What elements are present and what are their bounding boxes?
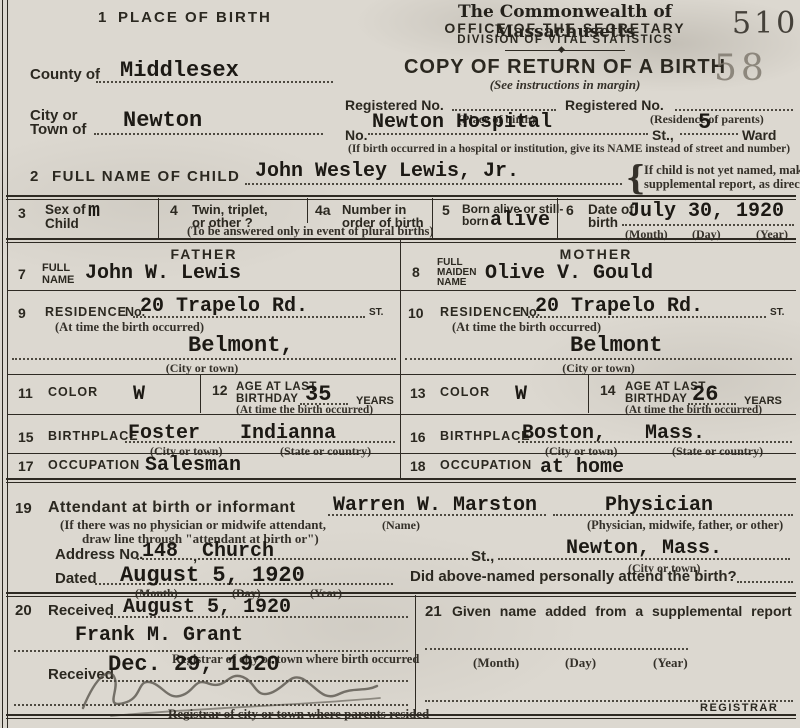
attendant-name-value: Warren W. Marston	[333, 494, 537, 517]
attendant-title-caption: (Physician, midwife, father, or other)	[587, 518, 783, 533]
bottom-border-rule	[6, 714, 796, 719]
father-color-label: COLOR	[48, 385, 98, 399]
mother-residence-label: RESIDENCE	[440, 305, 522, 319]
supplemental-label: Given name added from a supplemental rep…	[452, 603, 792, 619]
field10-number: 10	[408, 305, 424, 321]
supplemental-date-line	[425, 648, 688, 650]
father-residence-label: RESIDENCE	[45, 305, 127, 319]
field7-number: 7	[18, 266, 26, 282]
field8-number: 8	[412, 264, 420, 280]
rule-below-age	[8, 414, 796, 415]
attendant-note-line2: draw line through "attendant at birth or…	[82, 531, 319, 547]
field12-number: 12	[212, 382, 228, 398]
child-name-value: John Wesley Lewis, Jr.	[255, 160, 519, 183]
header-divider-ornament	[505, 50, 625, 51]
field18-number: 18	[410, 458, 426, 474]
field4a-number: 4a	[315, 202, 331, 218]
sex-value: m	[88, 200, 100, 223]
hospital-value: Newton Hospital	[372, 111, 552, 134]
dated-label: Dated	[55, 570, 97, 587]
child-name-line	[245, 183, 622, 185]
rule-below-names	[8, 290, 796, 291]
field3-number: 3	[18, 205, 26, 221]
header-divider-diamond: ◆	[558, 44, 565, 55]
mother-birthplace-state-caption: (State or country)	[672, 444, 763, 459]
father-color-value: W	[133, 383, 145, 406]
divider-sex-twin	[158, 198, 159, 238]
received-value: August 5, 1920	[123, 596, 291, 619]
child-note-line2: supplemental report, as directed	[644, 177, 800, 192]
mother-residence-city-value: Belmont	[570, 333, 662, 358]
birth-certificate-document: 1 PLACE OF BIRTH The Commonwealth of Mas…	[0, 0, 800, 728]
ward-value: 5	[698, 110, 711, 135]
father-city-line	[12, 358, 396, 360]
address-st-label: St.,	[471, 548, 494, 565]
mother-occupation-label: OCCUPATION	[440, 458, 532, 472]
address-label: Address No.	[55, 546, 143, 563]
separator-above-attendant	[6, 478, 796, 483]
ward-label: Ward	[742, 127, 776, 143]
field17-number: 17	[18, 458, 34, 474]
faint-number-stamp: 58	[714, 48, 768, 89]
registrar-name-value: Frank M. Grant	[75, 624, 243, 647]
city-line	[94, 133, 323, 135]
father-residence-caption: (At time the birth occurred)	[55, 320, 204, 335]
division-line: DIVISION OF VITAL STATISTICS	[395, 34, 735, 46]
street-no-label: No.	[345, 127, 368, 143]
sex-label-line1: Sex of	[45, 202, 86, 217]
divider-order-alive	[432, 198, 433, 238]
field20-number: 20	[15, 602, 32, 619]
field11-number: 11	[18, 385, 33, 401]
dated-value: August 5, 1920	[120, 563, 305, 588]
mother-name-label-line3: NAME	[437, 277, 466, 288]
supplemental-year-caption: (Year)	[653, 655, 688, 671]
city-label-line2: Town of	[30, 121, 86, 138]
field21-number: 21	[425, 603, 442, 620]
field9-number: 9	[18, 305, 26, 321]
registered-no-residence-line	[675, 109, 793, 111]
mother-birthplace-label: BIRTHPLACE	[440, 429, 531, 443]
left-edge-rule-outer	[2, 0, 3, 728]
attend-question-line	[737, 581, 793, 583]
hospital-caption: (If birth occurred in a hospital or inst…	[348, 143, 790, 155]
father-name-label-line2: NAME	[42, 274, 74, 286]
separator-above-parents	[6, 238, 796, 243]
father-birthplace-state-value: Indianna	[240, 422, 336, 445]
mother-occupation-value: at home	[540, 456, 624, 479]
attendant-title-value: Physician	[605, 494, 713, 517]
alive-value: alive	[490, 209, 550, 232]
birth-date-line	[622, 224, 794, 226]
st-label: St.,	[652, 127, 674, 143]
mother-color-label: COLOR	[440, 385, 490, 399]
supplemental-month-caption: (Month)	[473, 655, 519, 671]
mother-color-value: W	[515, 383, 527, 406]
alive-label-line2: born	[462, 214, 489, 228]
address-no-value: 148	[142, 540, 178, 563]
mother-name-value: Olive V. Gould	[485, 262, 653, 285]
field4-number: 4	[170, 202, 178, 218]
father-birthplace-state-caption: (State or country)	[280, 444, 371, 459]
rule-below-residences	[8, 374, 796, 375]
father-occupation-label: OCCUPATION	[48, 458, 140, 472]
child-note-line1: If child is not yet named, make	[644, 163, 800, 178]
child-note-brace: {	[626, 159, 645, 198]
father-residence-city-value: Belmont,	[188, 333, 294, 358]
divider-color-age-father	[200, 375, 201, 413]
field5-number: 5	[442, 202, 450, 218]
parents-center-divider	[400, 240, 401, 478]
father-occupation-value: Salesman	[145, 454, 241, 477]
supplemental-day-caption: (Day)	[565, 655, 596, 671]
attendant-name-caption: (Name)	[382, 518, 420, 533]
county-value: Middlesex	[120, 58, 239, 83]
birth-date-value: July 30, 1920	[628, 200, 784, 223]
date-label-line2: birth	[588, 215, 618, 230]
plural-caption: (To be answered only in event of plural …	[187, 224, 434, 239]
mother-residence-st-label: ST.	[770, 307, 784, 318]
father-residence-value: 20 Trapelo Rd.	[140, 295, 308, 318]
address-city-value: Newton, Mass.	[566, 537, 722, 560]
mother-city-line	[405, 358, 792, 360]
field6-number: 6	[566, 202, 574, 218]
attend-question: Did above-named personally attend the bi…	[410, 568, 737, 585]
field1-number: 1	[98, 9, 106, 26]
father-residence-st-label: ST.	[369, 307, 383, 318]
divider-color-age-mother	[588, 375, 589, 413]
field14-number: 14	[600, 382, 616, 398]
field13-number: 13	[410, 385, 426, 401]
child-name-label: FULL NAME OF CHILD	[52, 168, 240, 185]
registered-no-residence-label: Registered No.	[565, 97, 664, 113]
supplemental-registrar-label: REGISTRAR	[700, 702, 778, 714]
page-number-stamp: 510	[732, 6, 798, 41]
father-birthplace-city-value: Foster	[128, 422, 200, 445]
mother-birthplace-city-value: Boston,	[522, 422, 606, 445]
field15-number: 15	[18, 429, 34, 445]
place-of-birth-heading: PLACE OF BIRTH	[118, 9, 272, 26]
father-name-label-line1: FULL	[42, 262, 70, 274]
received-label: Received	[48, 602, 114, 619]
address-street-value: Church	[202, 540, 274, 563]
sex-label-line2: Child	[45, 216, 79, 231]
field16-number: 16	[410, 429, 426, 445]
father-section-header: FATHER	[8, 246, 400, 262]
county-label: County of	[30, 66, 100, 83]
field19-number: 19	[15, 500, 32, 517]
rule-below-birthplace	[8, 453, 796, 454]
father-name-value: John W. Lewis	[85, 262, 241, 285]
divider-alive-date	[557, 198, 558, 238]
city-value: Newton	[123, 108, 202, 133]
document-title: COPY OF RETURN OF A BIRTH	[395, 56, 735, 79]
attendant-label: Attendant at birth or informant	[48, 499, 295, 517]
mother-residence-value: 20 Trapelo Rd.	[535, 295, 703, 318]
mother-birthplace-state-value: Mass.	[645, 422, 705, 445]
document-subtitle: (See instructions in margin)	[395, 77, 735, 93]
divider-twin-order	[307, 198, 308, 223]
field2-number: 2	[30, 168, 38, 185]
